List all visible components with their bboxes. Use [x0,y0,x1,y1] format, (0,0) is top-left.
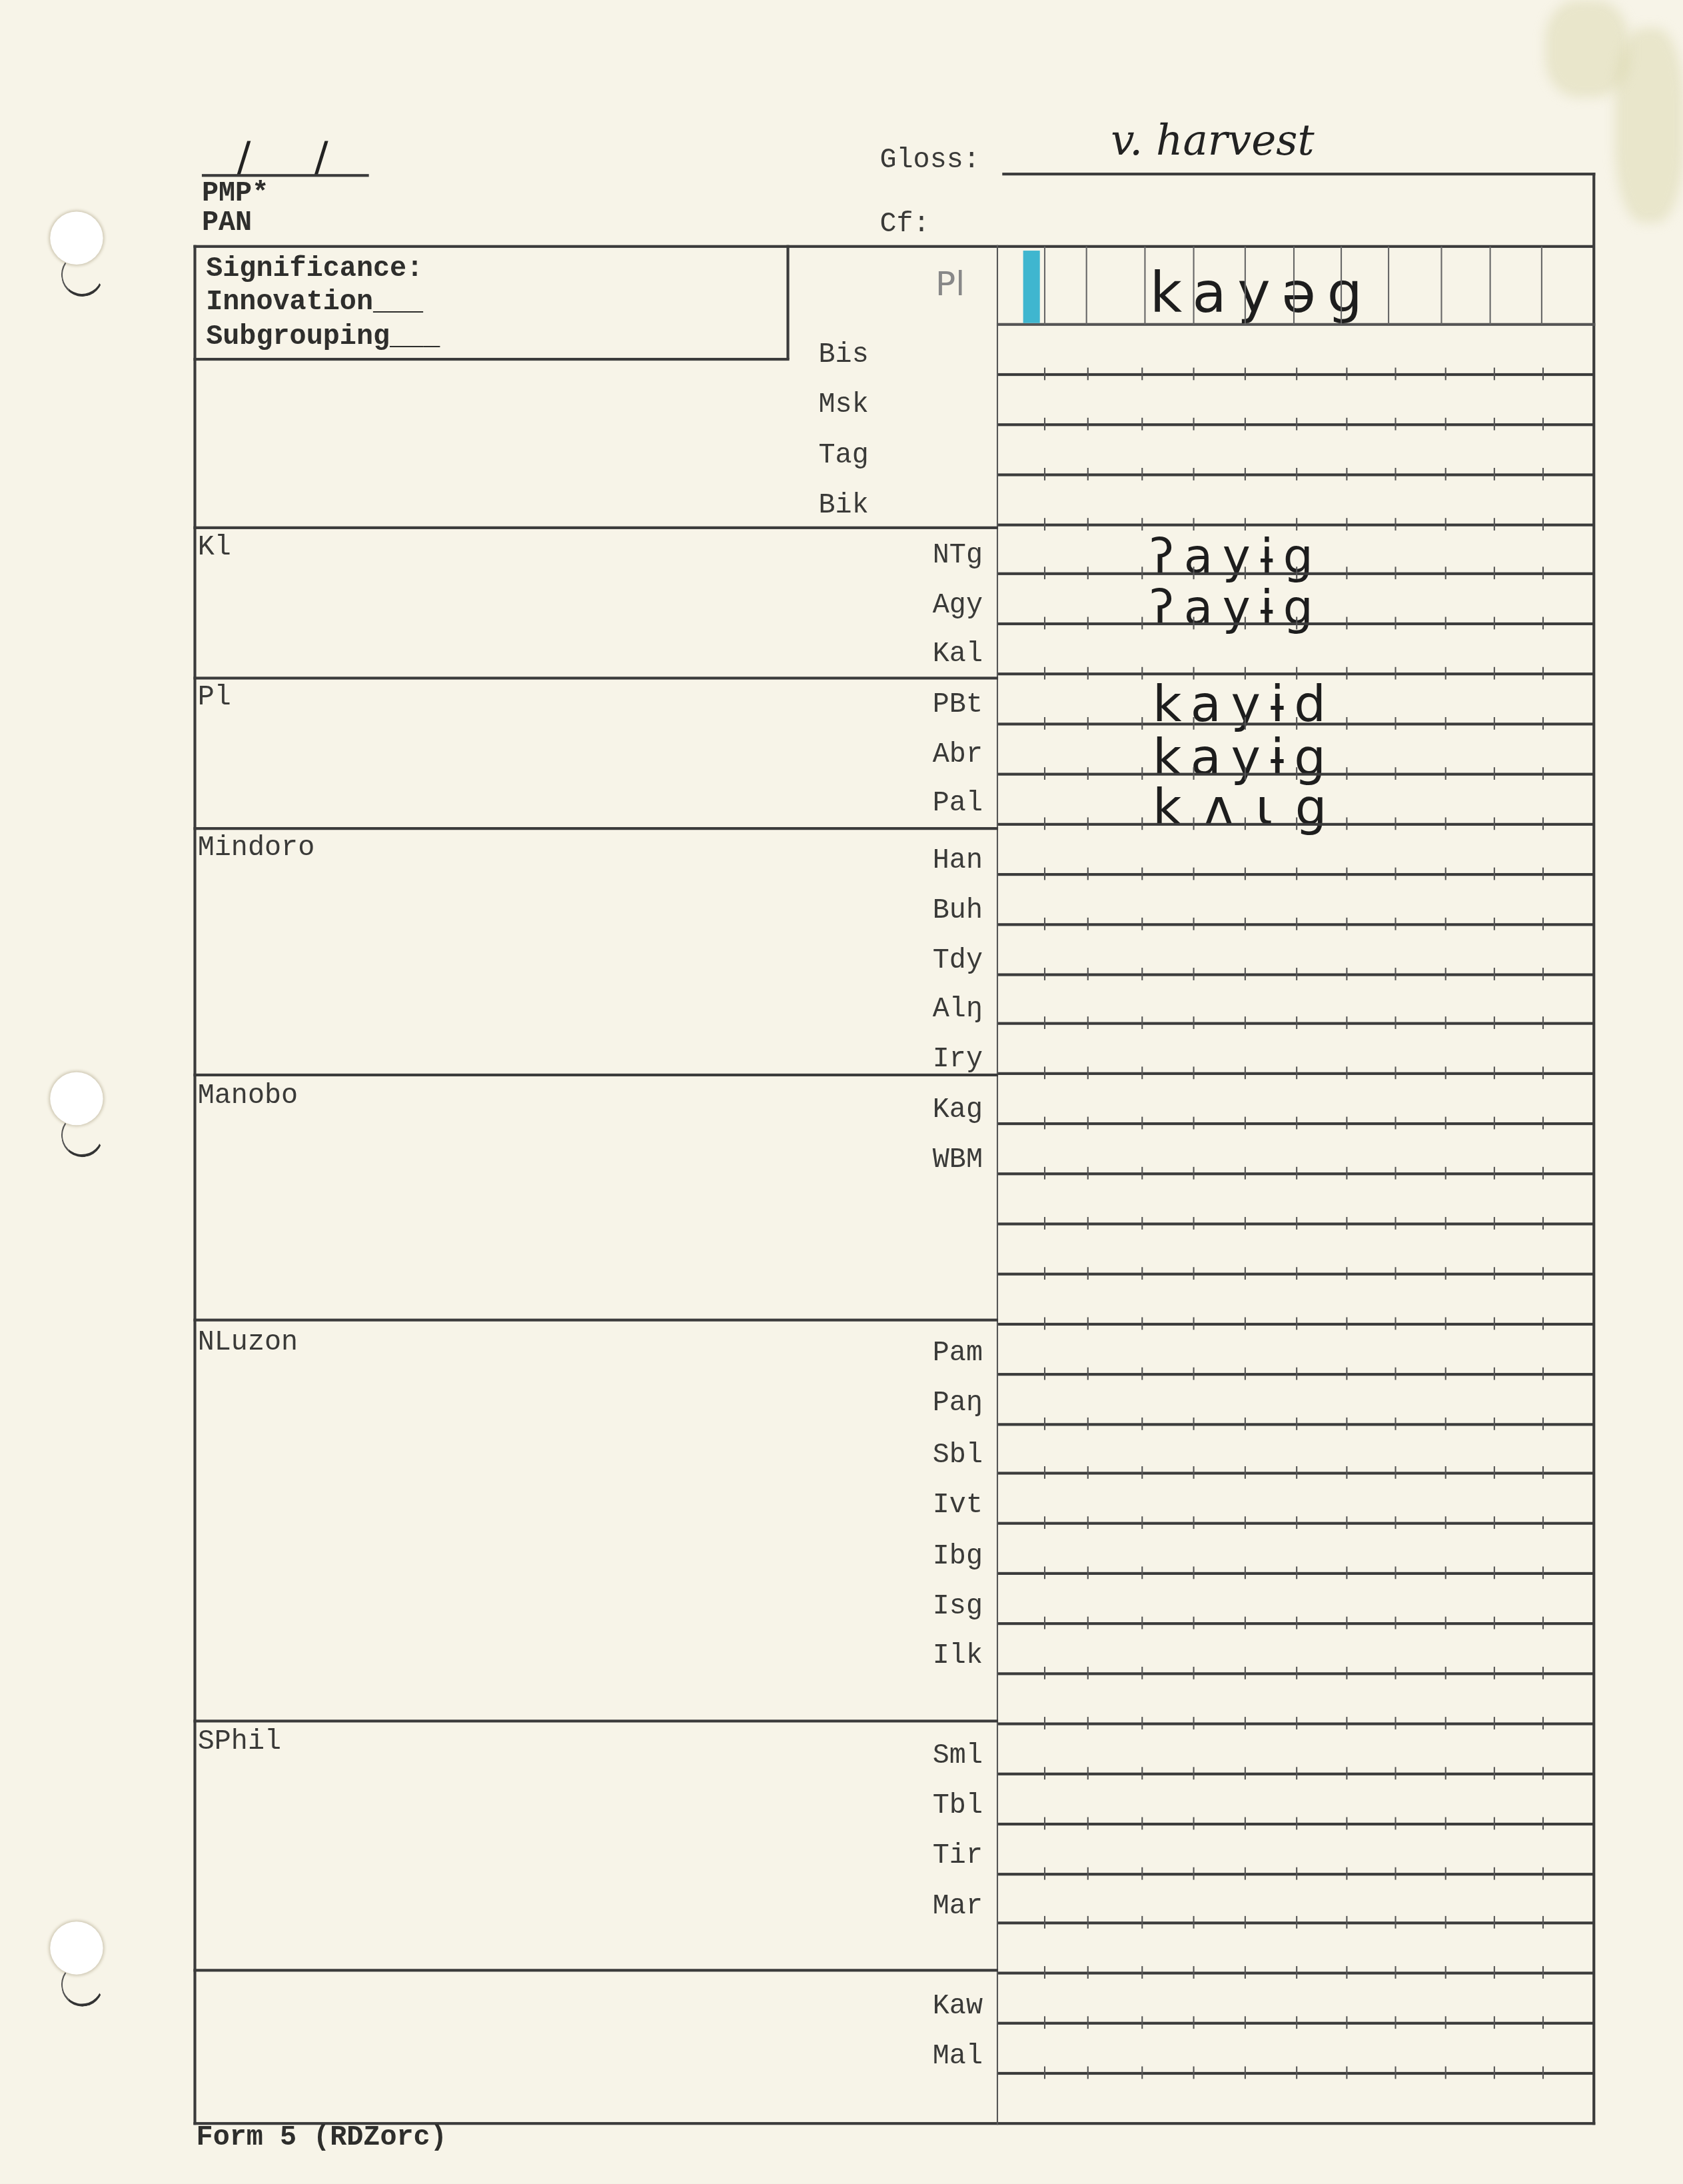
tick-mark [1494,1368,1495,1380]
tick-mark [1296,968,1297,980]
tick-mark [1445,918,1446,930]
tick-mark [1141,1667,1143,1679]
tick-mark [1445,1966,1446,1979]
tick-mark [1346,667,1347,680]
tick-mark [1044,1368,1045,1380]
tick-mark [1245,1566,1246,1579]
cognate-form-page: / / PMP* PAN Gloss: v. harvest Cf: Signi… [0,0,1683,2183]
tick-mark [1542,1867,1544,1880]
tick-mark [1193,1867,1195,1880]
tick-mark [1346,1817,1347,1830]
tick-mark [1296,1418,1297,1430]
tick-mark [1445,1767,1446,1779]
tick-mark [1346,868,1347,880]
tick-mark [1296,1667,1297,1679]
tick-mark [1445,868,1446,880]
tick-mark [1346,767,1347,780]
tick-mark [1494,1016,1495,1029]
tick-mark [1087,617,1089,630]
tick-mark [1141,1817,1143,1830]
tick-mark [1494,1667,1495,1679]
tick-mark [1296,1966,1297,1979]
tick-mark [1346,1617,1347,1630]
tick-mark [1346,717,1347,730]
tick-mark [1494,1167,1495,1180]
tick-mark [1087,1317,1089,1330]
tick-mark [1245,968,1246,980]
significance-title: Significance: [206,253,423,285]
tick-mark [1193,418,1195,431]
tick-mark [1494,518,1495,531]
tick-mark [1245,1317,1246,1330]
reflex-pal[interactable]: kʌɩg [1153,780,1349,837]
tick-mark [1193,1317,1195,1330]
tick-mark [1395,1916,1396,1929]
tick-mark [1542,1167,1544,1180]
tick-mark [1087,1566,1089,1579]
tick-mark [1044,1016,1045,1029]
lang-bik: Bik [819,490,869,522]
tick-mark [1445,717,1446,730]
tick-mark [1542,468,1544,481]
tick-mark [1141,1066,1143,1079]
tick-mark [1296,767,1297,780]
tick-mark [1245,2067,1246,2079]
tick-mark [1296,1617,1297,1630]
tick-mark [1445,2016,1446,2029]
tick-mark [1395,1317,1396,1330]
lang-iry: Iry [857,1044,983,1076]
tick-mark [1494,1867,1495,1880]
tick-mark [1193,468,1195,481]
tick-mark [1193,667,1195,680]
tick-mark [1245,418,1246,431]
tick-mark [1044,1167,1045,1180]
section-name-sphil: SPhil [198,1727,281,1759]
tick-mark [1542,767,1544,780]
tick-mark [1193,2016,1195,2029]
lang-kag: Kag [857,1094,983,1126]
tick-mark [1542,1066,1544,1079]
tick-mark [1141,1167,1143,1180]
tick-mark [1542,1966,1544,1979]
tick-mark [1395,717,1396,730]
tick-mark [1193,1466,1195,1479]
tick-mark [1141,2016,1143,2029]
tick-mark [1542,518,1544,531]
section-divider [193,1719,998,1722]
tick-mark [1346,1867,1347,1880]
lang-pam: Pam [857,1338,983,1370]
tick-mark [1494,2067,1495,2079]
tick-mark [1087,368,1089,381]
tick-mark [1494,667,1495,680]
tick-mark [1445,1617,1446,1630]
tick-mark [1395,418,1396,431]
tick-mark [1087,1767,1089,1779]
tick-mark [1193,1117,1195,1130]
protoform-cell-divider [1341,247,1342,325]
tick-mark [1445,1566,1446,1579]
tick-mark [1245,1066,1246,1079]
tick-mark [1445,1368,1446,1380]
lang-mal: Mal [857,2041,983,2073]
tick-mark [1087,1217,1089,1230]
tick-mark [1395,1966,1396,1979]
tick-mark [1445,1867,1446,1880]
tick-mark [1494,1617,1495,1630]
frame-top [193,245,1594,248]
tick-mark [1346,1717,1347,1729]
tick-mark [1346,1966,1347,1979]
tick-mark [1445,1516,1446,1529]
tick-mark [1141,518,1143,531]
tick-mark [1044,468,1045,481]
tick-mark [1296,868,1297,880]
tick-mark [1296,518,1297,531]
lang-pang: Paŋ [857,1388,983,1420]
tick-mark [1245,1016,1246,1029]
tick-mark [1445,1267,1446,1280]
tick-mark [1193,1667,1195,1679]
tick-mark [1542,1566,1544,1579]
tick-mark [1044,918,1045,930]
lang-ntg: NTg [857,541,983,572]
tick-mark [1395,1418,1396,1430]
tick-mark [1044,1217,1045,1230]
tick-mark [1445,1916,1446,1929]
tick-mark [1087,968,1089,980]
tick-mark [1494,1418,1495,1430]
tick-mark [1044,1867,1045,1880]
tick-mark [1296,418,1297,431]
tick-mark [1445,1117,1446,1130]
significance-box-right [786,245,789,359]
tick-mark [1542,868,1544,880]
tick-mark [1087,717,1089,730]
tick-mark [1044,1717,1045,1729]
tick-mark [1395,767,1396,780]
tick-mark [1542,1466,1544,1479]
tick-mark [1141,1016,1143,1029]
form-footer-label: Form 5 (RDZorc) [197,2122,447,2154]
tick-mark [1395,918,1396,930]
tick-mark [1542,1418,1544,1430]
tick-mark [1141,1566,1143,1579]
lang-tag: Tag [819,440,869,472]
tick-mark [1141,418,1143,431]
tick-mark [1542,2067,1544,2079]
tick-mark [1141,1418,1143,1430]
tick-mark [1542,1516,1544,1529]
tick-mark [1245,566,1246,579]
tick-mark [1494,1817,1495,1830]
tick-mark [1193,1368,1195,1380]
tick-mark [1087,518,1089,531]
tick-mark [1193,617,1195,630]
tick-mark [1494,1916,1495,1929]
tick-mark [1296,1717,1297,1729]
tick-mark [1494,566,1495,579]
tick-mark [1193,968,1195,980]
tick-mark [1494,2016,1495,2029]
tick-mark [1395,1466,1396,1479]
tick-mark [1087,2067,1089,2079]
tick-mark [1087,1368,1089,1380]
tick-mark [1542,368,1544,381]
tick-mark [1445,1817,1446,1830]
tick-mark [1141,1717,1143,1729]
tick-mark [1542,1016,1544,1029]
tick-mark [1542,1717,1544,1729]
tick-mark [1245,1966,1246,1979]
tick-mark [1445,2067,1446,2079]
tick-mark [1346,1368,1347,1380]
lang-ivt: Ivt [857,1490,983,1522]
protoform-cell-divider [1541,247,1542,325]
protoform-cell-divider [1044,247,1045,325]
tick-mark [1494,418,1495,431]
lang-sbl: Sbl [857,1440,983,1472]
tick-mark [1087,468,1089,481]
tick-mark [1494,1117,1495,1130]
tick-mark [1542,418,1544,431]
tick-mark [1141,1966,1143,1979]
tick-mark [1542,1617,1544,1630]
tick-mark [1193,566,1195,579]
tick-mark [1193,717,1195,730]
tick-mark [1296,1317,1297,1330]
tick-mark [1296,1817,1297,1830]
tick-mark [1445,817,1446,830]
tick-mark [1245,2016,1246,2029]
tick-mark [1141,566,1143,579]
tick-mark [1087,418,1089,431]
tick-mark [1346,1117,1347,1130]
tick-mark [1193,1217,1195,1230]
lang-tbl: Tbl [857,1791,983,1823]
tick-mark [1245,1167,1246,1180]
tick-mark [1245,1516,1246,1529]
tick-mark [1141,667,1143,680]
tick-mark [1346,817,1347,830]
tick-mark [1395,1117,1396,1130]
gloss-underline [1002,173,1595,175]
tick-mark [1296,1267,1297,1280]
tick-mark [1296,368,1297,381]
tick-mark [1395,667,1396,680]
tick-mark [1245,518,1246,531]
tick-mark [1193,518,1195,531]
tick-mark [1395,1217,1396,1230]
tick-mark [1141,1867,1143,1880]
lang-pal: Pal [857,788,983,820]
tick-mark [1296,1368,1297,1380]
section-divider [193,676,998,679]
section-name-pl: Pl [198,682,231,714]
water-stain [1615,28,1683,223]
tick-mark [1245,1217,1246,1230]
gloss-value[interactable]: v. harvest [1111,117,1314,166]
tick-mark [1445,767,1446,780]
tick-mark [1044,617,1045,630]
tick-mark [1395,1267,1396,1280]
tick-mark [1141,1217,1143,1230]
lang-bis: Bis [819,340,869,372]
tick-mark [1346,1217,1347,1230]
lang-kaw: Kaw [857,1991,983,2023]
tick-mark [1044,518,1045,531]
tick-mark [1542,667,1544,680]
tick-mark [1494,968,1495,980]
tick-mark [1395,1516,1396,1529]
tick-mark [1395,968,1396,980]
lang-tir: Tir [857,1841,983,1873]
tick-mark [1087,1516,1089,1529]
tick-mark [1296,1566,1297,1579]
lang-pbt: PBt [857,689,983,721]
protoform-cell-divider [1144,247,1145,325]
tick-mark [1395,2016,1396,2029]
tick-mark [1141,1916,1143,1929]
tick-mark [1445,518,1446,531]
tick-mark [1087,2016,1089,2029]
tick-mark [1542,2016,1544,2029]
tick-mark [1141,717,1143,730]
tick-mark [1494,817,1495,830]
tick-mark [1296,2016,1297,2029]
tick-mark [1141,918,1143,930]
tick-mark [1087,1867,1089,1880]
section-name-nluzon: NLuzon [198,1327,298,1359]
tick-mark [1087,817,1089,830]
tick-mark [1193,1767,1195,1779]
tick-mark [1346,1317,1347,1330]
tick-mark [1346,1016,1347,1029]
tick-mark [1245,717,1246,730]
tick-mark [1245,1767,1246,1779]
tick-mark [1044,1817,1045,1830]
tick-mark [1395,1167,1396,1180]
tick-mark [1245,1117,1246,1130]
tick-mark [1542,1817,1544,1830]
tick-mark [1542,918,1544,930]
innovation-field[interactable]: Innovation___ [206,287,423,319]
tick-mark [1346,1667,1347,1679]
tick-mark [1296,918,1297,930]
tick-mark [1193,1267,1195,1280]
section-name-mindoro: Mindoro [198,832,315,864]
tick-mark [1346,368,1347,381]
tick-mark [1044,767,1045,780]
tick-mark [1193,1016,1195,1029]
tick-mark [1141,1767,1143,1779]
tick-mark [1193,368,1195,381]
tick-mark [1494,1767,1495,1779]
tick-mark [1245,1267,1246,1280]
tick-mark [1193,817,1195,830]
pmp-label: PMP* [202,178,269,210]
tick-mark [1245,1617,1246,1630]
tick-mark [1296,1117,1297,1130]
tick-mark [1141,1516,1143,1529]
tick-mark [1087,1966,1089,1979]
protoform-cell-divider [1490,247,1491,325]
tick-mark [1395,2067,1396,2079]
tick-mark [1044,566,1045,579]
tick-mark [1044,817,1045,830]
tick-mark [1445,1016,1446,1029]
tick-mark [1087,767,1089,780]
tick-mark [1141,2067,1143,2079]
tick-mark [1542,1267,1544,1280]
tick-mark [1087,1267,1089,1280]
tick-mark [1445,1717,1446,1729]
tick-mark [1245,468,1246,481]
tick-mark [1044,1418,1045,1430]
tick-mark [1296,1516,1297,1529]
tick-mark [1346,1418,1347,1430]
tick-mark [1193,918,1195,930]
tick-mark [1542,1217,1544,1230]
tick-mark [1542,817,1544,830]
tick-mark [1346,1167,1347,1180]
lang-alng: Alŋ [857,994,983,1026]
protoform-cell-divider [1440,247,1442,325]
lang-sml: Sml [857,1741,983,1773]
tick-mark [1395,368,1396,381]
tick-mark [1044,868,1045,880]
tick-mark [1494,1516,1495,1529]
tick-mark [1193,1418,1195,1430]
tick-mark [1494,468,1495,481]
tick-mark [1296,468,1297,481]
tick-mark [1044,1066,1045,1079]
tick-mark [1245,667,1246,680]
tick-mark [1087,566,1089,579]
subgrouping-field[interactable]: Subgrouping___ [206,322,440,354]
tick-mark [1087,1617,1089,1630]
tick-mark [1245,1867,1246,1880]
tick-mark [1346,418,1347,431]
protoform-cell-divider [1086,247,1087,325]
tick-mark [1245,1466,1246,1479]
tick-mark [1087,1418,1089,1430]
tick-mark [1395,1566,1396,1579]
tick-mark [1395,1667,1396,1679]
tick-mark [1494,918,1495,930]
tick-mark [1445,1418,1446,1430]
tick-mark [1193,1966,1195,1979]
tick-mark [1395,1617,1396,1630]
tick-mark [1395,1717,1396,1729]
tick-mark [1087,1117,1089,1130]
tick-mark [1395,1817,1396,1830]
tick-mark [1044,1667,1045,1679]
tick-mark [1296,667,1297,680]
tick-mark [1141,1466,1143,1479]
tick-mark [1296,1916,1297,1929]
tick-mark [1346,2067,1347,2079]
tick-mark [1087,1667,1089,1679]
tick-mark [1346,968,1347,980]
tick-mark [1494,1717,1495,1729]
tick-mark [1296,1066,1297,1079]
tick-mark [1044,717,1045,730]
tick-mark [1346,566,1347,579]
pan-label: PAN [202,207,252,239]
tick-mark [1193,868,1195,880]
